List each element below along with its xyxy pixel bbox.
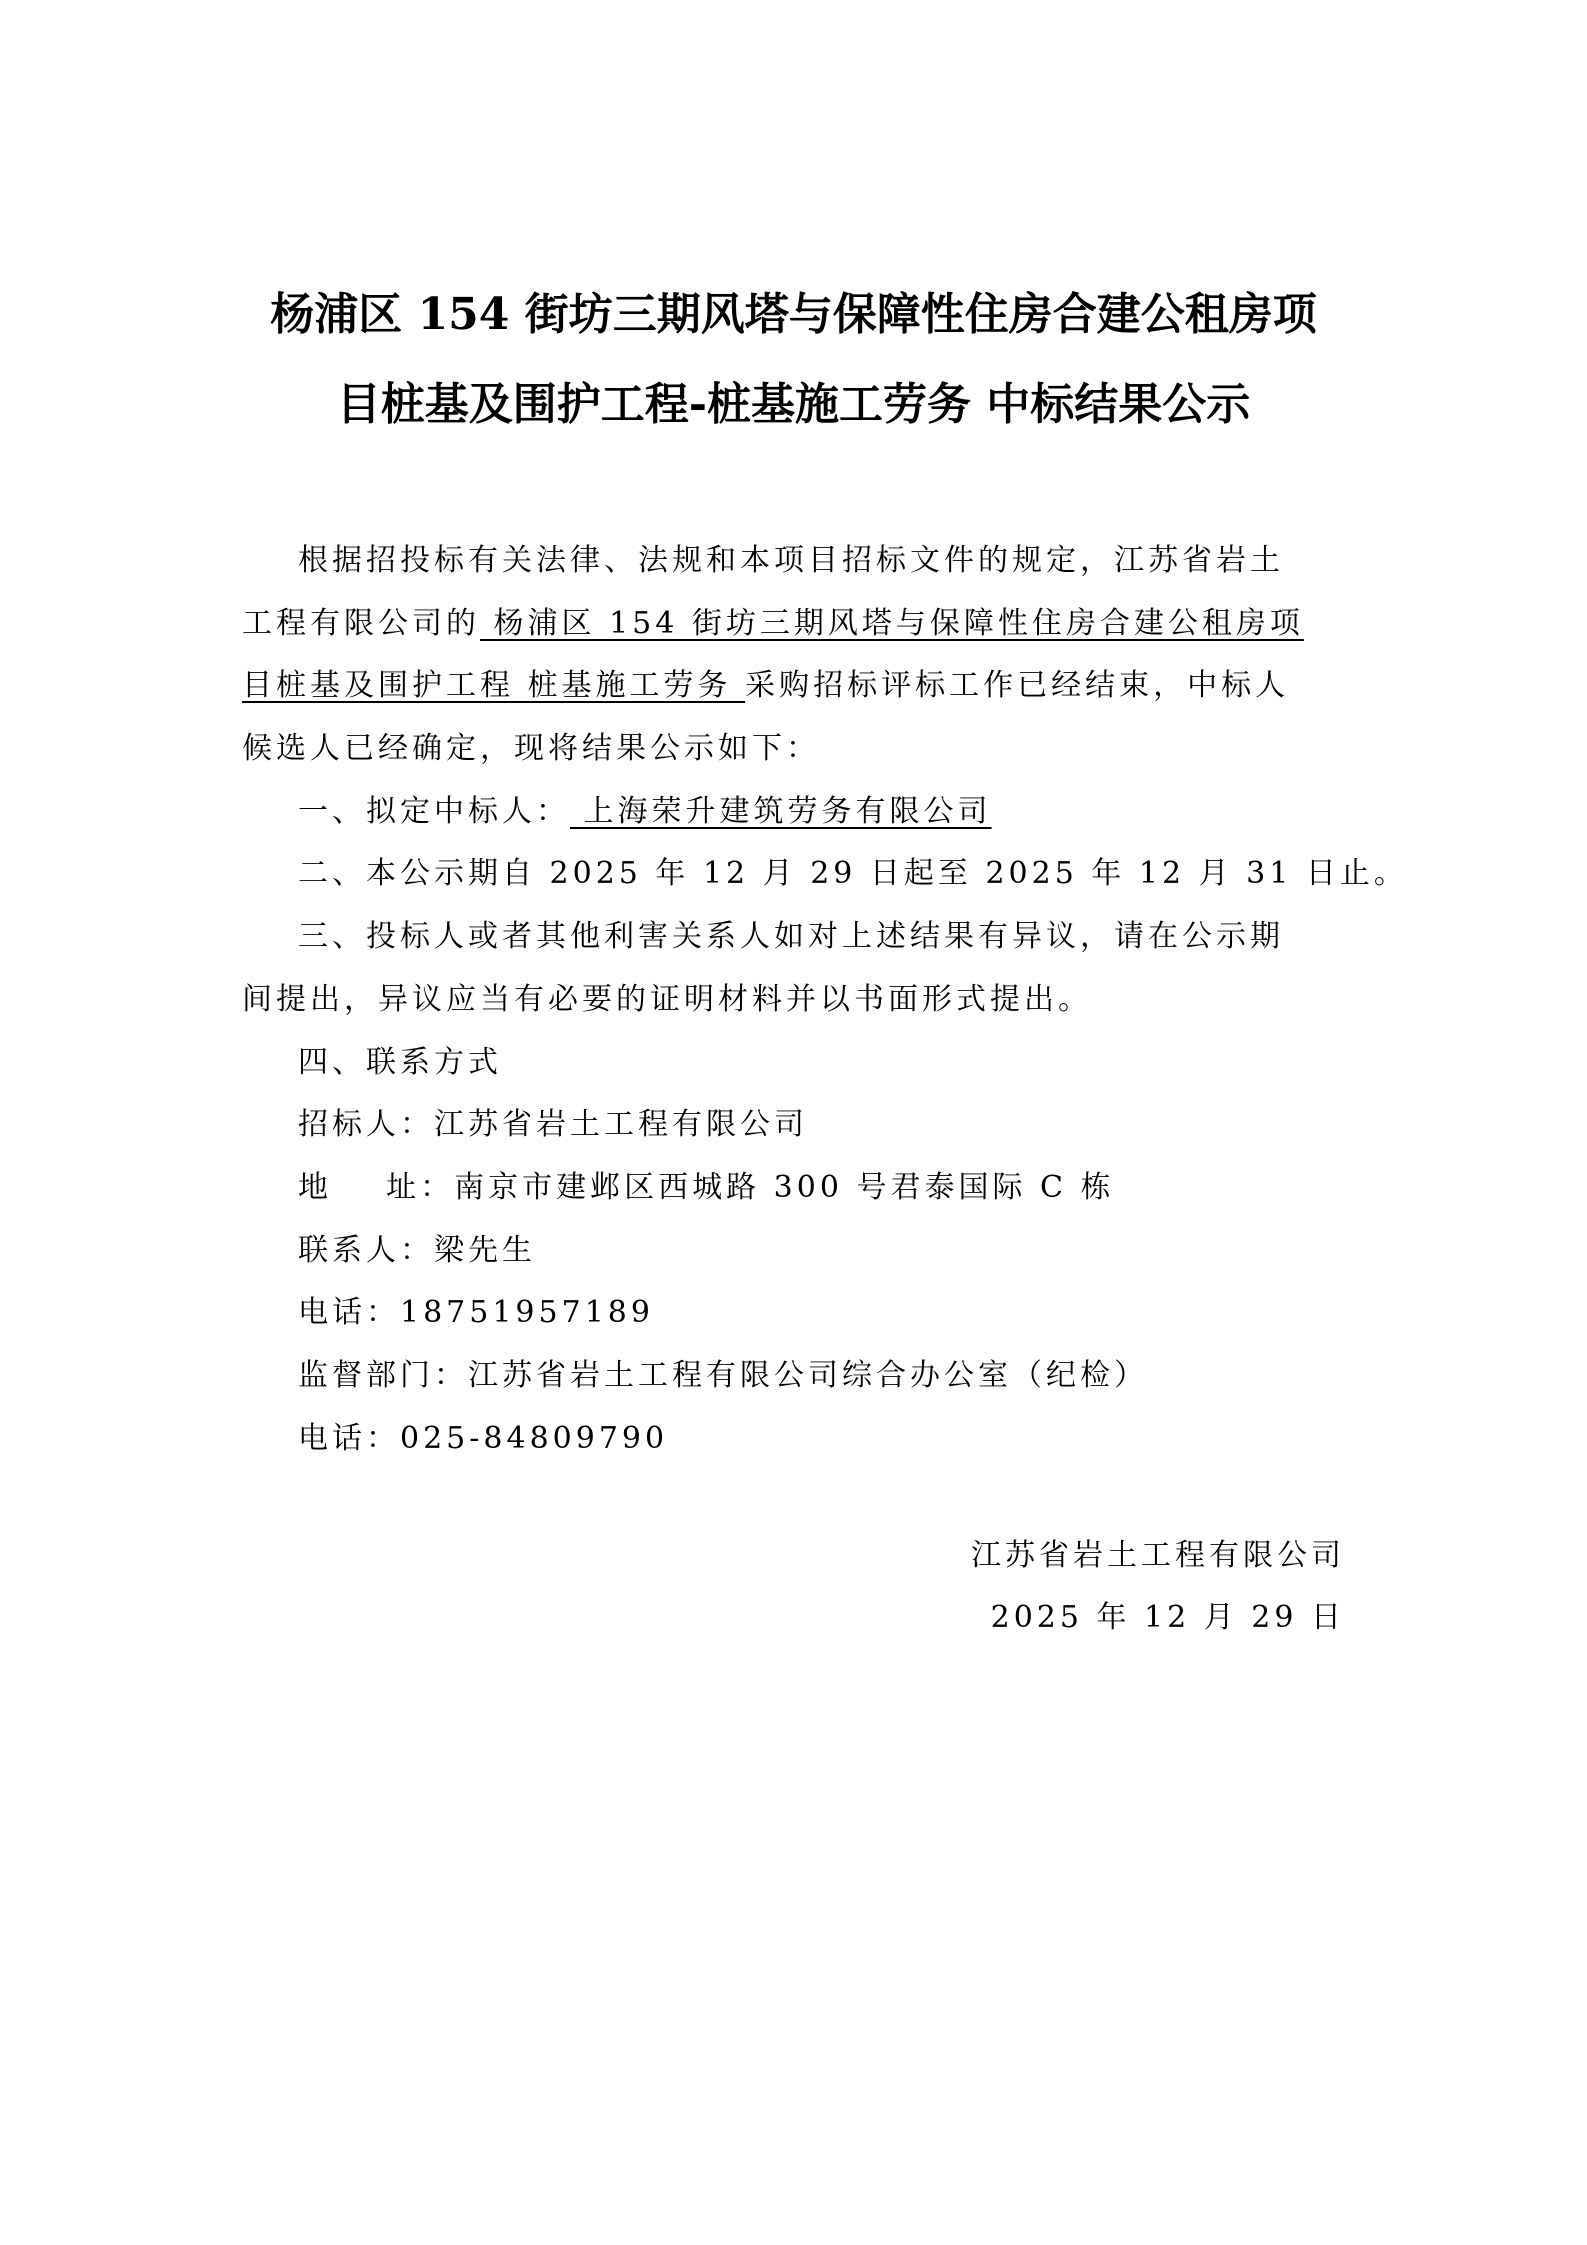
- intro-line-2-prefix: 工程有限公司的: [242, 606, 480, 641]
- signature-date: 2025 年 12 月 29 日: [971, 1587, 1345, 1649]
- winner-label: 一、拟定中标人：: [298, 794, 570, 829]
- contact-phone: 电话：18751957189: [242, 1282, 1345, 1345]
- intro-line-4: 候选人已经确定，现将结果公示如下：: [242, 718, 1345, 781]
- project-name-underlined-2: 目桩基及围护工程 桩基施工劳务: [242, 668, 745, 703]
- title-line-2: 目桩基及围护工程-桩基施工劳务 中标结果公示: [200, 360, 1387, 450]
- document-body: 根据招投标有关法律、法规和本项目招标文件的规定，江苏省岩土 工程有限公司的 杨浦…: [242, 530, 1345, 1470]
- objection-line-2: 间提出，异议应当有必要的证明材料并以书面形式提出。: [242, 969, 1345, 1032]
- contact-address: 地 址：南京市建邺区西城路 300 号君泰国际 C 栋: [242, 1157, 1345, 1220]
- intro-line-2: 工程有限公司的 杨浦区 154 街坊三期风塔与保障性住房合建公租房项: [242, 593, 1345, 656]
- winner-name: 上海荣升建筑劳务有限公司: [570, 794, 992, 829]
- project-name-underlined-1: 杨浦区 154 街坊三期风塔与保障性住房合建公租房项: [480, 606, 1304, 641]
- supervision-dept: 监督部门：江苏省岩土工程有限公司综合办公室（纪检）: [242, 1345, 1345, 1408]
- objection-line-1: 三、投标人或者其他利害关系人如对上述结果有异议，请在公示期: [242, 906, 1345, 969]
- supervision-phone: 电话：025-84809790: [242, 1408, 1345, 1471]
- publicity-period: 二、本公示期自 2025 年 12 月 29 日起至 2025 年 12 月 3…: [242, 843, 1345, 906]
- document-page: 杨浦区 154 街坊三期风塔与保障性住房合建公租房项 目桩基及围护工程-桩基施工…: [0, 0, 1587, 2245]
- intro-line-3: 目桩基及围护工程 桩基施工劳务 采购招标评标工作已经结束，中标人: [242, 655, 1345, 718]
- intro-line-3-suffix: 采购招标评标工作已经结束，中标人: [745, 668, 1289, 703]
- winner-line: 一、拟定中标人： 上海荣升建筑劳务有限公司: [242, 781, 1345, 844]
- intro-line-1: 根据招投标有关法律、法规和本项目招标文件的规定，江苏省岩土: [242, 530, 1345, 593]
- contact-heading: 四、联系方式: [242, 1032, 1345, 1095]
- contact-person: 联系人：梁先生: [242, 1220, 1345, 1283]
- contact-tenderer: 招标人：江苏省岩土工程有限公司: [242, 1094, 1345, 1157]
- title-line-1: 杨浦区 154 街坊三期风塔与保障性住房合建公租房项: [200, 270, 1387, 360]
- document-title: 杨浦区 154 街坊三期风塔与保障性住房合建公租房项 目桩基及围护工程-桩基施工…: [200, 270, 1387, 450]
- signature-company: 江苏省岩土工程有限公司: [971, 1525, 1345, 1587]
- signature-block: 江苏省岩土工程有限公司 2025 年 12 月 29 日: [971, 1525, 1345, 1649]
